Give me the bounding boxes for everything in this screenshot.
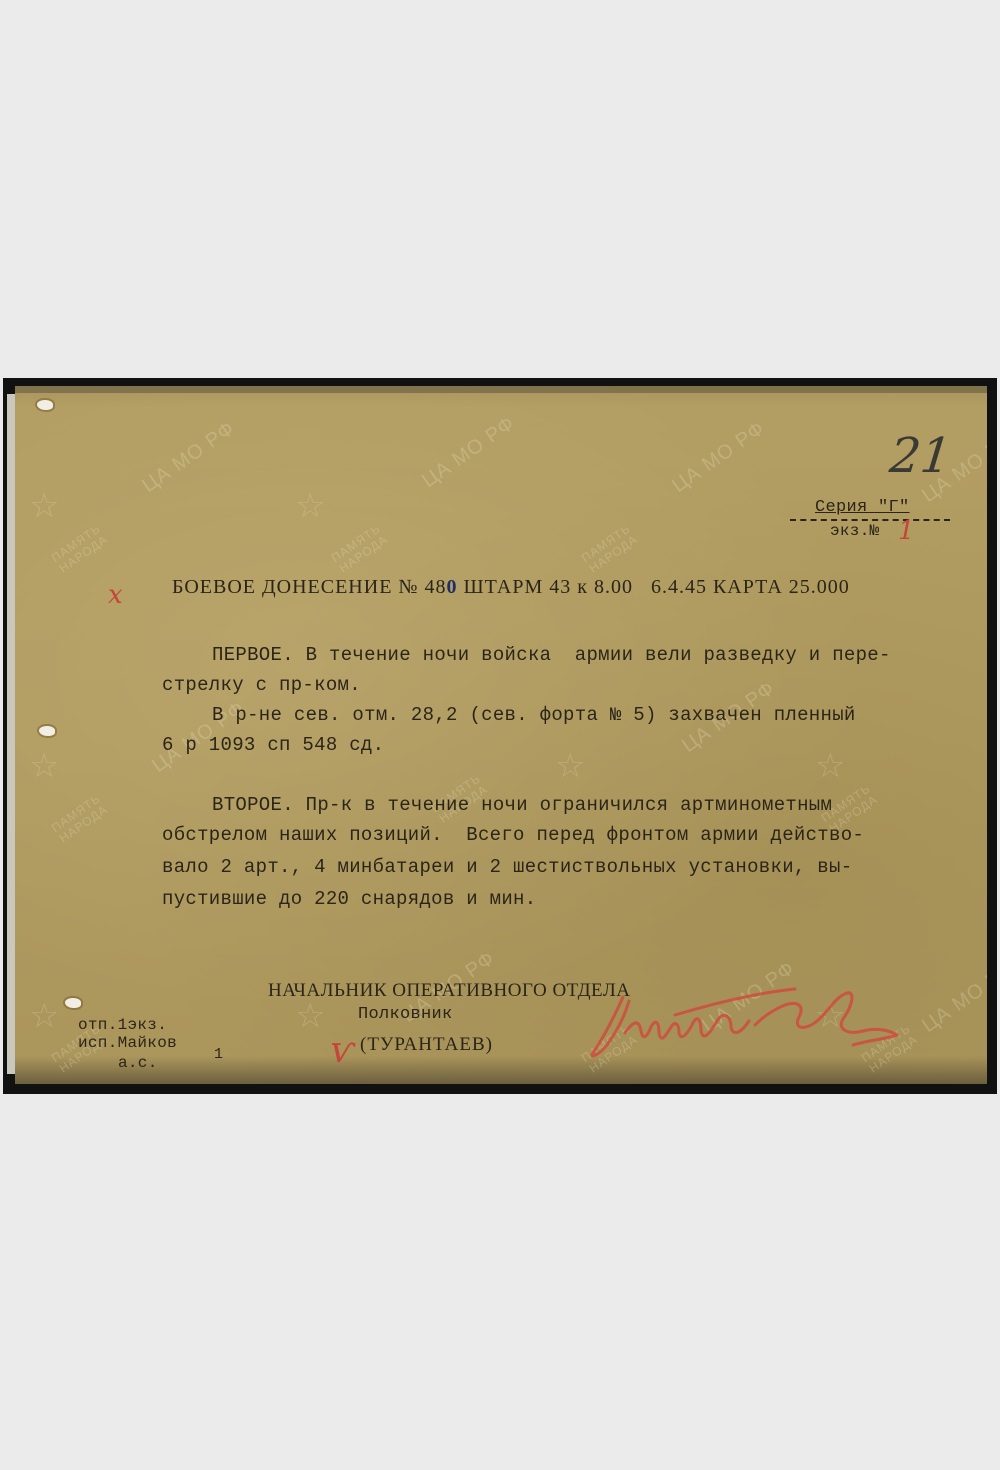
report-number-suffix: 0 xyxy=(447,576,458,598)
punch-hole xyxy=(37,400,53,410)
copy-number-handwritten: 1 xyxy=(898,516,915,546)
footer-executor-note: исп.Майков xyxy=(78,1034,177,1052)
punch-hole xyxy=(65,998,81,1008)
signatory-name: (ТУРАНТАЕВ) xyxy=(360,1034,493,1056)
star-watermark-icon: ☆ xyxy=(29,486,59,526)
star-watermark-icon: ☆ xyxy=(295,486,325,526)
star-watermark-icon: ☆ xyxy=(29,746,59,786)
footer-copies-note: отп.1экз. xyxy=(78,1016,167,1034)
report-heading: БОЕВОЕ ДОНЕСЕНИЕ № 480 ШТАРМ 43 к 8.00 6… xyxy=(172,576,850,599)
paragraph-second-line-4: пустившие до 220 снарядов и мин. xyxy=(162,888,536,910)
star-watermark-icon: ☆ xyxy=(815,746,845,786)
watermark-archive: ЦА МО РФ xyxy=(918,957,987,1038)
series-label: Серия "Г" xyxy=(815,498,910,517)
report-title: БОЕВОЕ ДОНЕСЕНИЕ № 48 xyxy=(172,576,447,598)
paragraph-first-line-2: стрелку с пр-ком. xyxy=(162,674,361,696)
footer-as-note: а.с. xyxy=(118,1054,158,1072)
margin-mark: х xyxy=(108,580,123,610)
archive-page-number: 21 xyxy=(887,428,954,484)
paragraph-second-line-2: обстрелом наших позиций. Всего перед фро… xyxy=(162,824,864,846)
red-check-mark: ѵ xyxy=(330,1030,354,1071)
star-watermark-icon: ☆ xyxy=(555,746,585,786)
report-heading-details: ШТАРМ 43 к 8.00 6.4.45 КАРТА 25.000 xyxy=(464,576,850,598)
paragraph-first-line-1: ПЕРВОЕ. В течение ночи войска армии вели… xyxy=(212,644,891,666)
watermark-archive: ЦА МО РФ xyxy=(138,417,239,498)
paper-top-edge xyxy=(15,386,987,393)
series-underline xyxy=(790,519,950,521)
star-watermark-icon: ☆ xyxy=(295,996,325,1036)
signatory-position: НАЧАЛЬНИК ОПЕРАТИВНОГО ОТДЕЛА xyxy=(268,980,631,1002)
watermark-project: ПАМЯТЬ НАРОДА xyxy=(27,777,132,861)
paragraph-capture-line-1: В р-не сев. отм. 28,2 (сев. форта № 5) з… xyxy=(212,704,856,726)
watermark-archive: ЦА МО РФ xyxy=(418,412,519,493)
paragraph-capture-line-2: 6 р 1093 сп 548 сд. xyxy=(162,734,384,756)
footer-side-mark: 1 xyxy=(214,1046,223,1063)
punch-hole xyxy=(39,726,55,736)
paragraph-second-line-1: ВТОРОЕ. Пр-к в течение ночи ограничился … xyxy=(212,794,832,816)
copy-label: экз.№ xyxy=(830,522,880,540)
handwritten-signature xyxy=(585,975,905,1065)
watermark-archive: ЦА МО РФ xyxy=(668,417,769,498)
paragraph-second-line-3: вало 2 арт., 4 минбатареи и 2 шестиствол… xyxy=(162,856,852,878)
signatory-rank: Полковник xyxy=(358,1005,453,1024)
star-watermark-icon: ☆ xyxy=(29,996,59,1036)
watermark-project: ПАМЯТЬ НАРОДА xyxy=(27,507,132,591)
